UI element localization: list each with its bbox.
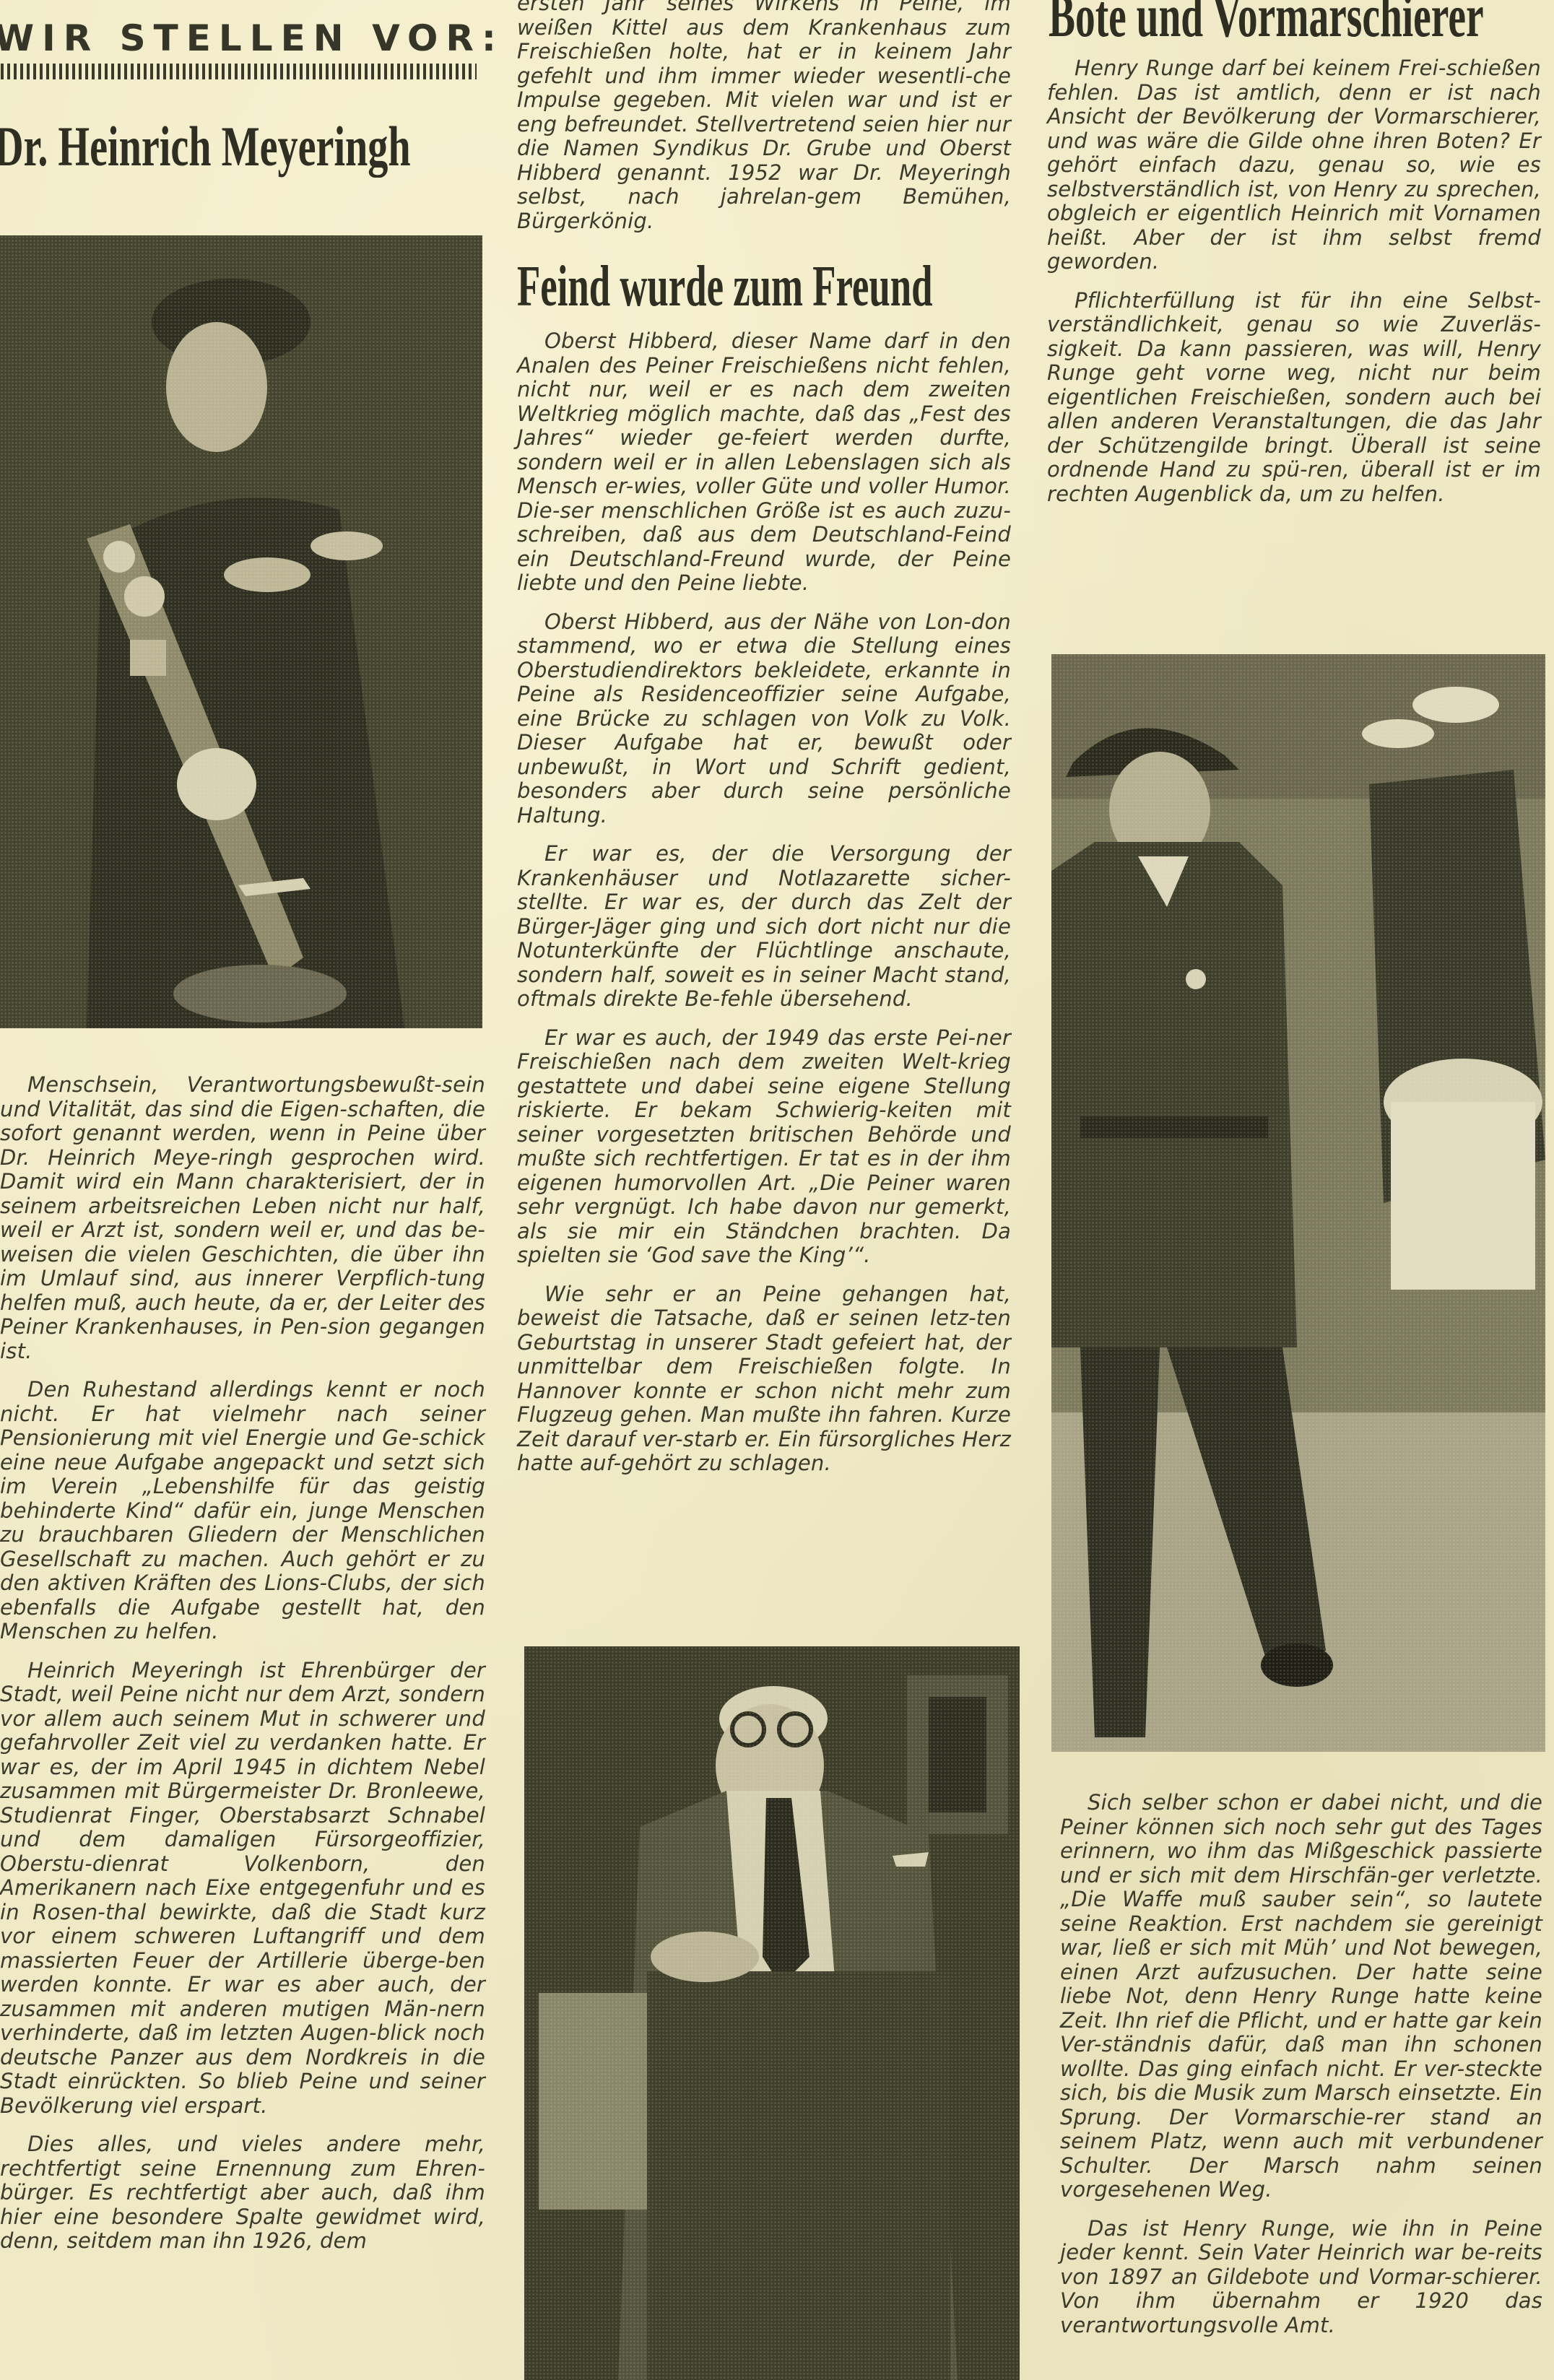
paragraph: Oberst Hibberd, dieser Name darf in den …: [517, 329, 1011, 596]
middle-body: Oberst Hibberd, dieser Name darf in den …: [517, 329, 1011, 1490]
photo-runge: [1051, 654, 1545, 1752]
right-body-top: Henry Runge darf bei keinem Frei-schieße…: [1047, 56, 1541, 521]
paragraph: Heinrich Meyeringh ist Ehrenbürger der S…: [0, 1659, 485, 2119]
middle-continuation: ersten Jahr seines Wirkens in Peine, im …: [517, 0, 1011, 248]
portrait-figure-icon: [0, 235, 482, 1028]
photo-meyeringh: [0, 235, 482, 1028]
paragraph: Wie sehr er an Peine gehangen hat, bewei…: [517, 1282, 1011, 1476]
paragraph: Er war es auch, der 1949 das erste Pei-n…: [517, 1026, 1011, 1268]
paragraph: Henry Runge darf bei keinem Frei-schieße…: [1047, 56, 1541, 274]
paragraph: Pflichterfüllung ist für ihn eine Selbst…: [1047, 289, 1541, 507]
paragraph: Das ist Henry Runge, wie ihn in Peine je…: [1060, 2217, 1542, 2338]
kicker-rule: [0, 64, 477, 79]
headline-bote: Bote und Vormarschierer: [1049, 0, 1484, 51]
paragraph: Oberst Hibberd, aus der Nähe von Lon-don…: [517, 610, 1011, 828]
paragraph: Dies alles, und vieles andere mehr, rech…: [0, 2132, 485, 2254]
left-body: Menschsein, Verantwortungsbewußt-sein un…: [0, 1073, 485, 2268]
photo-hibberd: [524, 1646, 1020, 2380]
marching-figure-icon: [1051, 654, 1545, 1752]
headline-feind-freund: Feind wurde zum Freund: [517, 254, 932, 320]
paragraph: Menschsein, Verantwortungsbewußt-sein un…: [0, 1073, 485, 1363]
portrait-figure-icon: [524, 1646, 1020, 2380]
paragraph: ersten Jahr seines Wirkens in Peine, im …: [517, 0, 1011, 233]
headline-meyeringh: Dr. Heinrich Meyeringh: [0, 114, 411, 179]
paragraph: Er war es, der die Versorgung der Kranke…: [517, 842, 1011, 1012]
paragraph: Den Ruhestand allerdings kennt er noch n…: [0, 1378, 485, 1644]
right-body-bottom: Sich selber schon er dabei nicht, und di…: [1060, 1791, 1542, 2352]
paragraph: Sich selber schon er dabei nicht, und di…: [1060, 1791, 1542, 2202]
section-kicker: WIR STELLEN VOR:: [0, 17, 504, 59]
